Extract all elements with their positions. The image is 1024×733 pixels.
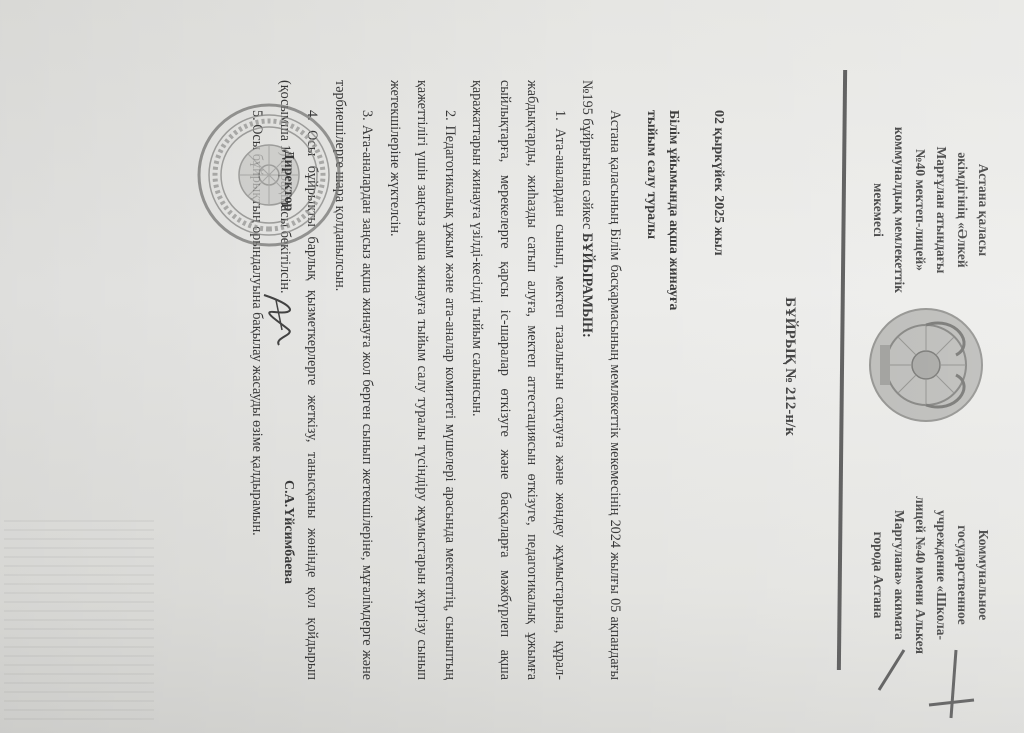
- order-item: 2. Педагогикалық ұжым және ата-аналар ко…: [381, 80, 464, 680]
- header-ru-line: учреждение «Школа-: [931, 470, 952, 680]
- header-russian: Коммунальное государственное учреждение …: [868, 470, 994, 680]
- header-kazakh: Астана қаласы әкімдігінің «Әлкей Марғұла…: [868, 100, 994, 320]
- signatory-role: Директор: [280, 150, 296, 211]
- header-ru-line: лицей №40 имени Алькея: [910, 470, 931, 680]
- signatory-name: С.А.Үйсимбаева: [280, 480, 296, 584]
- header-kz-line: әкімдігінің «Әлкей: [952, 100, 973, 320]
- subject-line: тыйым салу туралы: [640, 110, 662, 410]
- document-page: Астана қаласы әкімдігінің «Әлкей Марғұла…: [0, 0, 1024, 733]
- intro-text: Астана қаласының Білім басқармасының мем…: [580, 80, 624, 680]
- header-ru-line: Маргулана» акимата: [889, 470, 910, 680]
- handwritten-signature-icon: [254, 290, 304, 350]
- order-date: 02 қыркүйек 2025 жыл: [710, 110, 726, 256]
- header-ru-line: города Астана: [868, 470, 889, 680]
- header-divider: [837, 70, 847, 670]
- header-ru-line: Коммунальное: [973, 470, 994, 680]
- intro-emphasis: БҰЙЫРАМЫН:: [580, 233, 596, 338]
- order-title: БҰЙРЫҚ № 212-н/к: [781, 0, 798, 733]
- order-subject: Білім ұйымында ақша жинауға тыйым салу т…: [640, 110, 684, 410]
- header-kz-line: коммуналдық мемлекеттік: [889, 100, 910, 320]
- scan-artifact: [4, 520, 154, 720]
- order-item: 1. Ата-аналардан сынып, мектеп тазалығын…: [463, 80, 573, 680]
- state-emblem-icon: [866, 305, 986, 425]
- header-ru-line: государственное: [952, 470, 973, 680]
- header-kz-line: №40 мектеп-лицей»: [910, 100, 931, 320]
- header-kz-line: Марғұлан атындағы: [931, 100, 952, 320]
- intro-paragraph: Астана қаласының Білім басқармасының мем…: [573, 80, 628, 680]
- subject-line: Білім ұйымында ақша жинауға: [662, 110, 684, 410]
- official-seal-icon: [194, 100, 344, 250]
- header-kz-line: Астана қаласы: [973, 100, 994, 320]
- header-kz-line: мекемесі: [868, 100, 889, 320]
